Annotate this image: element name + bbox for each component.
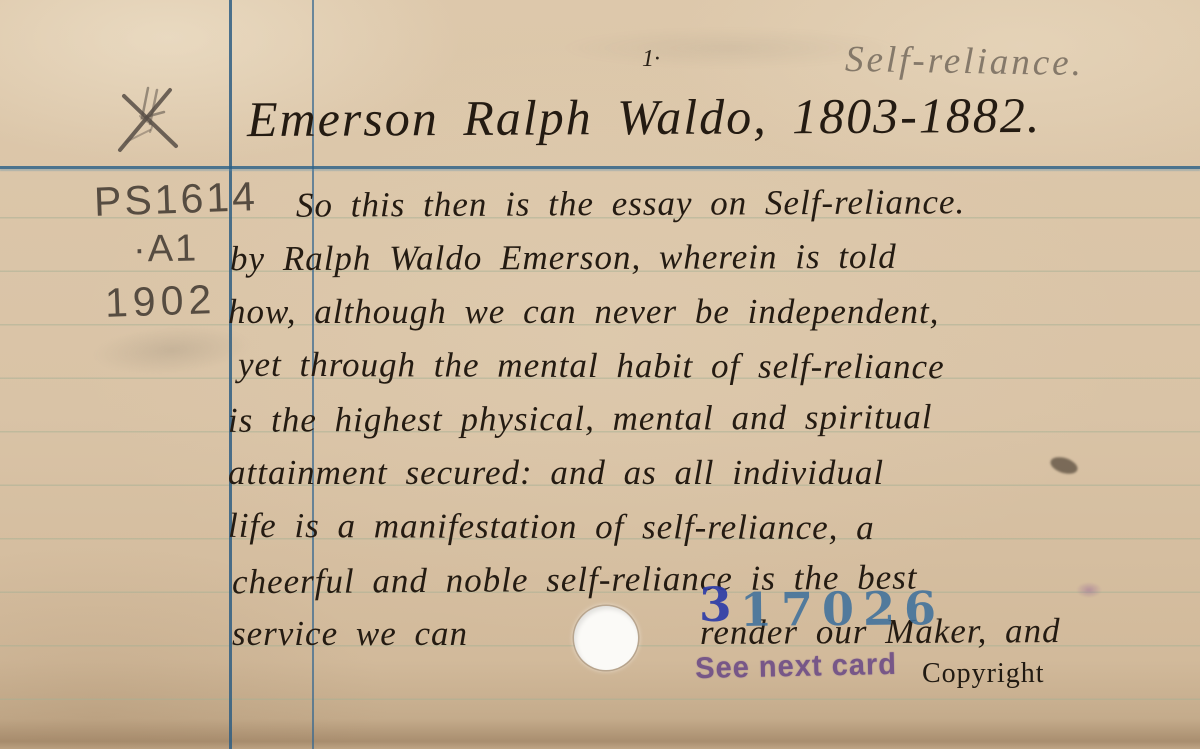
call-number-class: PS1614 [93, 173, 258, 226]
body-line-1: So this then is the essay on Self-relian… [296, 182, 965, 226]
accession-prefix-handwritten: 3 [699, 578, 732, 633]
header-rule-line [0, 166, 1200, 169]
card-number: 1· [642, 46, 660, 73]
stamp-ink-residue [1076, 582, 1102, 598]
body-line-9-before-hole: service we can [232, 614, 468, 654]
body-line-4: yet through the mental habit of self-rel… [238, 345, 945, 387]
body-line-7: life is a manifestation of self-reliance… [228, 506, 875, 548]
library-catalog-card: 1· Self-reliance. PS1614 ·A1 1902 Emerso… [0, 0, 1200, 749]
body-line-2: by Ralph Waldo Emerson, wherein is told [230, 237, 897, 279]
pencil-cross-out-mark [110, 80, 195, 165]
accession-number-stamp: 17026 [740, 581, 946, 637]
body-line-3: how, although we can never be independen… [228, 292, 939, 332]
author-heading: Emerson Ralph Waldo, 1803-1882. [247, 86, 1042, 148]
punched-hole [574, 606, 638, 670]
call-number-year: 1902 [104, 276, 217, 327]
body-line-5: is the highest physical, mental and spir… [228, 397, 933, 441]
body-line-6: attainment secured: and as all individua… [228, 453, 884, 493]
copyright-label: Copyright [922, 658, 1045, 690]
subject-heading-pencil: Self-reliance. [845, 38, 1085, 85]
see-next-card-stamp: See next card [695, 648, 898, 686]
ink-blot [1048, 454, 1079, 477]
call-number-cutter: ·A1 [133, 227, 199, 271]
